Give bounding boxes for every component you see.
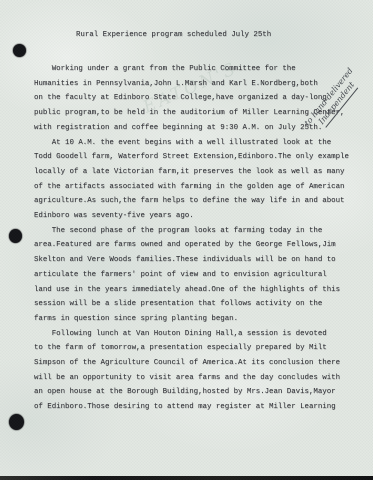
document-body: Working under a grant from the Public Co…	[34, 62, 349, 415]
paragraph: Following lunch at Van Houton Dining Hal…	[34, 327, 349, 415]
hole-punch-mark	[13, 44, 26, 57]
hole-punch-mark	[9, 229, 22, 243]
scanned-document-page: EATON'S Rural Experience program schedul…	[0, 0, 373, 480]
paragraph: Working under a grant from the Public Co…	[34, 62, 349, 136]
paragraph: At 10 A.M. the event begins with a well …	[34, 136, 349, 224]
page-title: Rural Experience program scheduled July …	[76, 31, 271, 39]
paragraph: The second phase of the program looks at…	[34, 224, 349, 327]
scan-edge-strip	[0, 476, 373, 480]
hole-punch-mark	[9, 414, 24, 430]
